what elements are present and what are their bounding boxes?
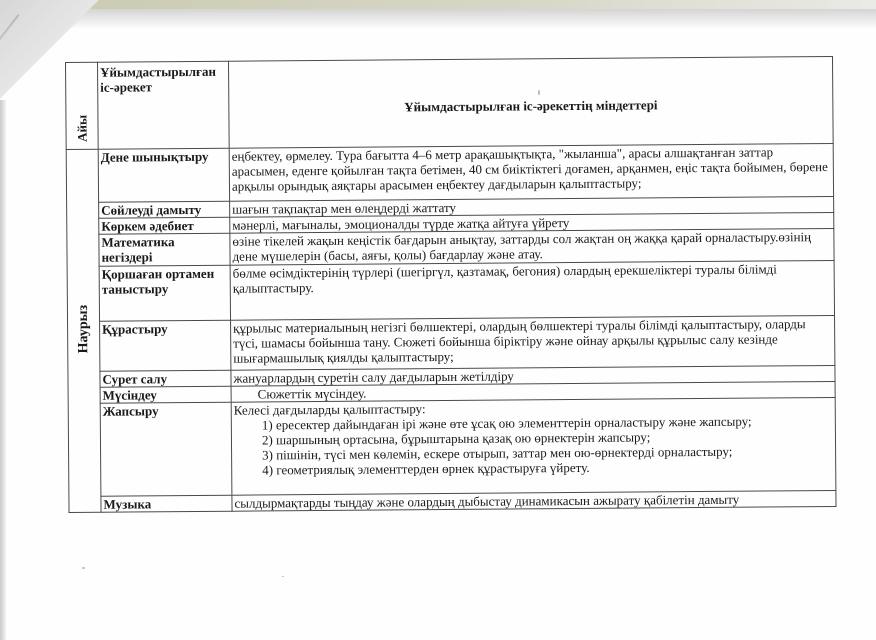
table-row: Қоршаған ортамен таныстыру бөлме өсімдік… xyxy=(67,260,834,321)
header-activity: Ұйымдастырылған іс-әрекет xyxy=(98,61,230,149)
task-cell: Келесі дағдыларды қалыптастыру: 1) ересе… xyxy=(231,397,836,495)
scanner-edge xyxy=(0,0,876,9)
table-row: Наурыз Дене шынықтыру еңбектеу, өрмелеу.… xyxy=(66,143,833,202)
page-left-edge xyxy=(0,100,6,640)
task-cell: құрылыс материалының негізгі бөлшектері,… xyxy=(231,315,835,370)
activity-cell: Дене шынықтыру xyxy=(98,148,229,202)
scanned-page: Айы Ұйымдастырылған іс-әрекет Ұйымдастыр… xyxy=(0,0,876,640)
header-tasks: Ұйымдастырылған іс-әрекеттің міндеттері xyxy=(228,56,833,148)
table-header-row: Айы Ұйымдастырылған іс-әрекет Ұйымдастыр… xyxy=(66,56,834,149)
task-intro: Келесі дағдыларды қалыптастыру: xyxy=(234,401,426,418)
activity-cell: Қоршаған ортамен таныстыру xyxy=(99,265,230,321)
scan-speck xyxy=(82,567,85,569)
header-month-label: Айы xyxy=(74,115,89,142)
scan-speck xyxy=(282,576,284,577)
task-cell: бөлме өсімдіктерінің түрлері (шегіргүл, … xyxy=(230,260,834,320)
curriculum-table-container: Айы Ұйымдастырылған іс-әрекет Ұйымдастыр… xyxy=(65,56,836,513)
task-cell: сылдырмақтарды тыңдау және олардың дыбыс… xyxy=(232,490,836,511)
curriculum-table: Айы Ұйымдастырылған іс-әрекет Ұйымдастыр… xyxy=(65,56,837,513)
activity-cell: Сөйлеуді дамыту xyxy=(99,201,230,218)
activity-cell: Көркем әдебиет xyxy=(99,217,230,234)
table-row: Жапсыру Келесі дағдыларды қалыптастыру: … xyxy=(68,397,836,496)
task-cell: еңбектеу, өрмелеу. Тура бағытта 4–6 метр… xyxy=(229,143,833,201)
month-cell: Наурыз xyxy=(66,149,101,512)
activity-cell: Музыка xyxy=(101,495,232,512)
activity-cell: Жапсыру xyxy=(100,402,232,496)
table-row: Құрастыру құрылыс материалының негізгі б… xyxy=(68,315,835,371)
task-cell: өзіне тікелей жақын кеңістік бағдарын ан… xyxy=(230,228,834,265)
header-month: Айы xyxy=(66,62,99,149)
month-label: Наурыз xyxy=(76,305,91,354)
activity-cell: Құрастыру xyxy=(100,320,231,371)
activity-cell: Сурет салу xyxy=(100,370,231,387)
scanner-shadow xyxy=(0,9,876,29)
activity-cell: Мүсіндеу xyxy=(100,386,231,403)
activity-cell: Математика негіздері xyxy=(99,233,230,266)
